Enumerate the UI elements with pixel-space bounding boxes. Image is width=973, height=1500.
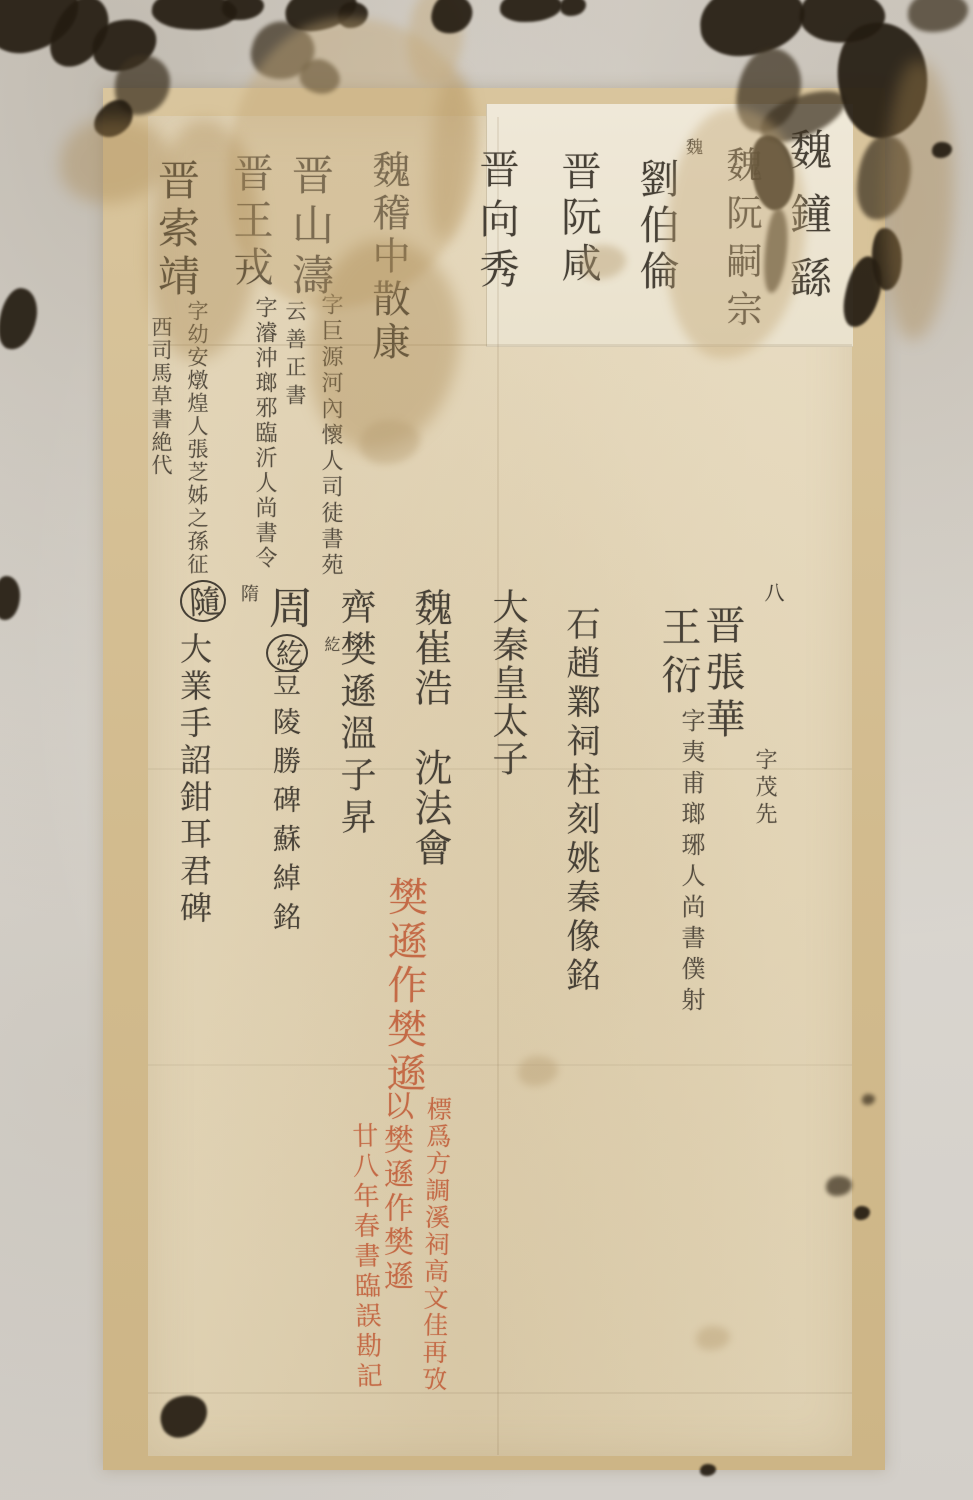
ink-stain bbox=[41, 0, 118, 77]
water-stain bbox=[408, 0, 463, 85]
entry-liu-bolun-dynasty: 魏 bbox=[684, 138, 701, 155]
manuscript-photo: 魏鐘繇 魏阮嗣宗 魏 劉伯倫 晋阮咸 晋向秀 魏稽中散康 晋山濤 字巨源河內懷人… bbox=[0, 0, 973, 1500]
ink-stain bbox=[338, 2, 368, 28]
water-stain bbox=[884, 60, 954, 340]
ink-stain bbox=[697, 0, 808, 59]
ink-stain bbox=[560, 0, 586, 16]
ink-stain bbox=[0, 576, 20, 620]
ink-stain bbox=[0, 285, 41, 352]
ink-stain bbox=[932, 142, 952, 158]
entry-zhou-correction-char: 紇 bbox=[322, 636, 338, 652]
ink-stain bbox=[428, 0, 475, 38]
ink-stain bbox=[500, 0, 562, 22]
ink-stain bbox=[151, 0, 239, 34]
entry-sui-correction-char: 隋 bbox=[240, 584, 258, 602]
ink-stain bbox=[797, 0, 889, 49]
ink-stain bbox=[222, 0, 264, 20]
section-number-eight: 八 bbox=[762, 582, 782, 602]
repair-patch bbox=[486, 104, 853, 347]
entry-zhou-circled-char: 紇 bbox=[266, 634, 308, 672]
ink-stain bbox=[246, 15, 321, 87]
ink-stain bbox=[282, 0, 359, 35]
ink-stain bbox=[0, 0, 87, 61]
ink-stain bbox=[908, 0, 968, 32]
ink-stain bbox=[88, 15, 161, 76]
